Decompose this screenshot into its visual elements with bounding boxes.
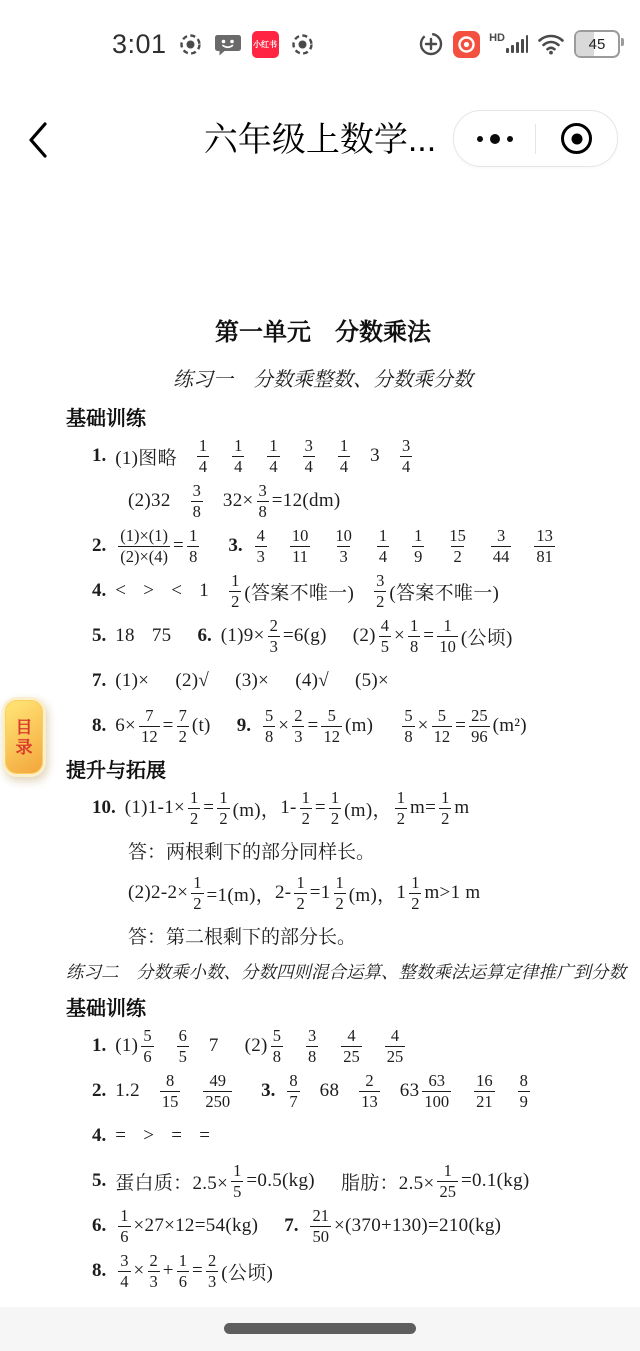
fraction: 15 <box>231 1161 243 1201</box>
fraction: 12 <box>294 873 306 913</box>
fraction: (1)×(1)(2)×(4) <box>118 526 170 566</box>
fraction: 49250 <box>203 1071 232 1111</box>
answer-line: 2.1.2815492503.87682136363100162189 <box>66 1071 580 1111</box>
data-saver-icon <box>418 31 444 57</box>
exercise-subtitle: 练习一 分数乘整数、分数乘分数 <box>66 363 580 392</box>
fraction: 103 <box>333 526 354 566</box>
fraction: 65 <box>177 1026 189 1066</box>
toc-label-top: 目 <box>16 719 33 736</box>
fraction: 2596 <box>469 706 490 746</box>
fraction: 425 <box>385 1026 406 1066</box>
fraction: 14 <box>232 436 244 476</box>
fraction: 12 <box>329 788 341 828</box>
fraction: 512 <box>432 706 453 746</box>
fraction: 34 <box>400 436 412 476</box>
fraction: 18 <box>408 616 420 656</box>
answer-line: (2)323832×38=12(dm) <box>66 481 580 521</box>
battery-indicator: 45 <box>574 30 620 58</box>
more-dots-icon <box>477 136 483 142</box>
fraction: 425 <box>341 1026 362 1066</box>
miniprogram-capsule <box>453 110 618 167</box>
signal-indicator: HD <box>489 35 528 53</box>
target-circle-icon <box>561 123 592 154</box>
fraction: 14 <box>377 526 389 566</box>
exercise-subtitle: 练习二 分数乘小数、分数四则混合运算、整数乘法运算定律推广到分数 <box>66 959 580 984</box>
fraction: 19 <box>412 526 424 566</box>
fraction: 125 <box>437 1161 458 1201</box>
answer-text-line: 答：两根剩下的部分同样长。 <box>66 837 580 864</box>
fraction: 89 <box>518 1071 530 1111</box>
fraction: 72 <box>177 706 189 746</box>
unit-title: 第一单元 分数乘法 <box>66 312 580 347</box>
xiaohongshu-app-icon: 小红书 <box>252 31 279 58</box>
battery-percent: 45 <box>589 36 606 53</box>
more-button[interactable] <box>454 111 535 166</box>
fraction: 87 <box>287 1071 299 1111</box>
fraction: 213 <box>359 1071 380 1111</box>
answer-line: 2.(1)×(1)(2)×(4)=183.4310111031419152344… <box>66 526 580 566</box>
fraction: 18 <box>187 526 199 566</box>
answer-line: 8.34×23+16=23(公顷) <box>66 1251 580 1291</box>
fraction: 14 <box>338 436 350 476</box>
answer-document: 第一单元 分数乘法练习一 分数乘整数、分数乘分数基础训练1.(1)图略14141… <box>66 312 580 1351</box>
fraction: 63100 <box>422 1071 451 1111</box>
fraction: 58 <box>402 706 414 746</box>
home-indicator-bar <box>0 1307 640 1351</box>
wifi-icon <box>537 33 565 55</box>
fraction: 58 <box>271 1026 283 1066</box>
fraction: 1621 <box>474 1071 495 1111</box>
fraction: 16 <box>177 1251 189 1291</box>
phone-screen: 3:01 小红书 HD <box>0 0 640 1351</box>
fraction: 12 <box>188 788 200 828</box>
recording-active-icon <box>453 31 480 58</box>
fraction: 512 <box>321 706 342 746</box>
fraction: 344 <box>491 526 512 566</box>
fraction: 12 <box>191 873 203 913</box>
screen-record-icon <box>178 32 203 57</box>
clock-label: 3:01 <box>112 29 167 60</box>
status-bar: 3:01 小红书 HD <box>0 24 640 64</box>
fraction: 38 <box>306 1026 318 1066</box>
fraction: 12 <box>300 788 312 828</box>
answer-line: 10.(1)1-1×12=12(m)，1-12=12(m)，12m=12m <box>66 788 580 828</box>
section-heading: 基础训练 <box>66 402 580 431</box>
section-heading: 基础训练 <box>66 992 580 1021</box>
fraction: 56 <box>141 1026 153 1066</box>
fraction: 43 <box>255 526 267 566</box>
toc-button-face: 目 录 <box>5 700 43 774</box>
fraction: 23 <box>206 1251 218 1291</box>
fraction: 12 <box>395 788 407 828</box>
fraction: 12 <box>439 788 451 828</box>
fraction: 12 <box>217 788 229 828</box>
fraction: 12 <box>409 873 421 913</box>
fraction: 110 <box>437 616 458 656</box>
answer-line: 1.(1)56657(2)5838425425 <box>66 1026 580 1066</box>
fraction: 14 <box>267 436 279 476</box>
fraction: 1011 <box>290 526 311 566</box>
answer-line: (2)2-2×12=1(m)，2-12=112(m)，112m>1 m <box>66 873 580 913</box>
fraction: 23 <box>268 616 280 656</box>
fraction: 12 <box>229 571 241 611</box>
fraction: 32 <box>374 571 386 611</box>
fraction: 34 <box>303 436 315 476</box>
answer-line: 8.6×712=72(t)9.58×23=512(m)58×512=2596(m… <box>66 706 580 746</box>
fraction: 23 <box>148 1251 160 1291</box>
fraction: 152 <box>447 526 468 566</box>
answer-line: 1.(1)图略1414143414334 <box>66 436 580 476</box>
fraction: 712 <box>139 706 160 746</box>
chevron-left-icon <box>26 120 50 160</box>
hd-label: HD <box>489 32 505 44</box>
back-button[interactable] <box>26 118 62 162</box>
answer-line: 4.=>== <box>66 1116 580 1156</box>
fraction: 815 <box>160 1071 181 1111</box>
fraction: 38 <box>191 481 203 521</box>
toc-button[interactable]: 目 录 <box>2 697 46 777</box>
answer-line: 4.<><112(答案不唯一)32(答案不唯一) <box>66 571 580 611</box>
fraction: 45 <box>379 616 391 656</box>
doc-lines: 第一单元 分数乘法练习一 分数乘整数、分数乘分数基础训练1.(1)图略14141… <box>66 312 580 1351</box>
fraction: 2150 <box>310 1206 331 1246</box>
page-title: 六年级上数学... <box>204 112 436 161</box>
close-button[interactable] <box>536 111 617 166</box>
fraction: 1381 <box>534 526 555 566</box>
home-indicator[interactable] <box>224 1323 416 1334</box>
answer-line: 5.18756.(1)9×23=6(g)(2)45×18=110(公顷) <box>66 616 580 656</box>
fraction: 23 <box>292 706 304 746</box>
answer-text-line: 答：第二根剩下的部分长。 <box>66 922 580 949</box>
fraction: 14 <box>197 436 209 476</box>
answer-line: 5.蛋白质：2.5×15=0.5(kg)脂肪：2.5×125=0.1(kg) <box>66 1161 580 1201</box>
fraction: 58 <box>263 706 275 746</box>
message-icon <box>214 32 241 57</box>
signal-bars-icon <box>506 35 528 53</box>
answer-line: 6.16×27×12=54(kg)7.2150×(370+130)=210(kg… <box>66 1206 580 1246</box>
screen-cast-icon <box>290 32 315 57</box>
fraction: 34 <box>118 1251 130 1291</box>
section-heading: 提升与拓展 <box>66 754 580 783</box>
toc-label-bottom: 录 <box>16 739 33 756</box>
answer-line: 7.(1)×(2)√(3)×(4)√(5)× <box>66 661 580 701</box>
fraction: 38 <box>257 481 269 521</box>
fraction: 16 <box>118 1206 130 1246</box>
nav-bar: 六年级上数学... <box>0 104 640 174</box>
fraction: 12 <box>334 873 346 913</box>
